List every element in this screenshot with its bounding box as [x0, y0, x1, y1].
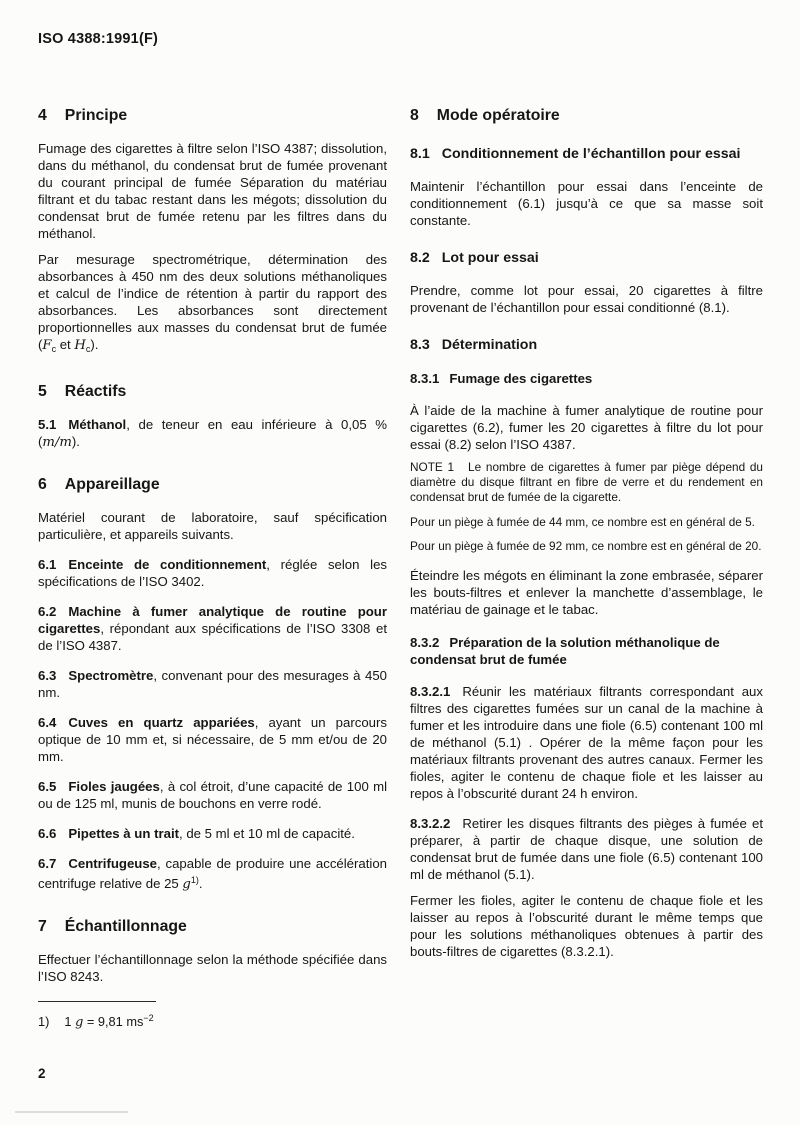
- clause-lead: 6.1Enceinte de conditionnement: [38, 557, 266, 572]
- symbol-Hc: H: [74, 338, 86, 353]
- clause-6-7: 6.7Centrifugeuse, capable de produire un…: [38, 855, 387, 893]
- section-8-heading: 8Mode opératoire: [410, 106, 763, 125]
- document-reference: ISO 4388:1991(F): [38, 31, 158, 47]
- section-6-heading: 6Appareillage: [38, 475, 387, 494]
- section-number: 7: [38, 917, 47, 936]
- paragraph: Par mesurage spectrométrique, déterminat…: [38, 251, 387, 358]
- symbol-g: g: [182, 877, 190, 892]
- right-column: 8Mode opératoire 8.1Conditionnement de l…: [410, 106, 763, 960]
- subsection-8-3-2-heading: 8.3.2Préparation de la solution méthanol…: [410, 634, 763, 668]
- subsection-title: Conditionnement de l’échantillon pour es…: [442, 146, 741, 162]
- text-run: et: [56, 337, 74, 352]
- note-1: NOTE 1Le nombre de cigarettes à fumer pa…: [410, 460, 763, 506]
- subsection-number: 8.1: [410, 145, 430, 163]
- clause-6-6: 6.6Pipettes à un trait, de 5 ml et 10 ml…: [38, 825, 387, 842]
- section-title: Appareillage: [65, 476, 160, 493]
- subsection-title: Lot pour essai: [442, 250, 539, 266]
- paragraph: Prendre, comme lot pour essai, 20 cigare…: [410, 282, 763, 316]
- text-run: 1: [64, 1014, 75, 1029]
- text-run: ).: [90, 337, 98, 352]
- footnote-rule: [38, 1001, 156, 1002]
- clause-number: 8.3.2.2: [410, 816, 450, 831]
- clause-8-3-2-2: 8.3.2.2Retirer les disques filtrants des…: [410, 815, 763, 883]
- subsection-title: Détermination: [442, 337, 537, 353]
- paragraph: À l’aide de la machine à fumer analytiqu…: [410, 402, 763, 453]
- section-title: Échantillonnage: [65, 918, 187, 935]
- clause-6-2: 6.2Machine à fumer analytique de routine…: [38, 603, 387, 654]
- footnote-text: 1)1 g = 9,81 ms−2: [38, 1010, 387, 1031]
- clause-lead: 6.3Spectromètre: [38, 668, 153, 683]
- section-5-heading: 5Réactifs: [38, 382, 387, 401]
- paragraph: Effectuer l’échantillonnage selon la mét…: [38, 951, 387, 985]
- clause-number: 6.5: [38, 779, 56, 794]
- section-title: Principe: [65, 107, 127, 124]
- clause-number: 8.3.2.1: [410, 684, 450, 699]
- clause-number: 6.1: [38, 557, 56, 572]
- clause-number: 6.4: [38, 715, 56, 730]
- clause-name: Enceinte de conditionnement: [68, 557, 266, 572]
- clause-name: Méthanol: [68, 417, 126, 432]
- subsection-title: Préparation de la solution méthanolique …: [410, 635, 720, 667]
- text-run: ).: [72, 434, 80, 449]
- clause-6-5: 6.5Fioles jaugées, à col étroit, d’une c…: [38, 778, 387, 812]
- text-run: Retirer les disques filtrants des pièges…: [410, 816, 763, 882]
- scan-artifact-line: [15, 1111, 128, 1113]
- footnote-marker: 1): [38, 1014, 49, 1029]
- clause-lead: 6.5Fioles jaugées: [38, 779, 160, 794]
- clause-name: Spectromètre: [68, 668, 153, 683]
- clause-number: 5.1: [38, 417, 56, 432]
- note-paragraph: Pour un piège à fumée de 92 mm, ce nombr…: [410, 539, 763, 554]
- section-7-heading: 7Échantillonnage: [38, 917, 387, 936]
- text-run: = 9,81 ms: [83, 1014, 143, 1029]
- clause-lead: 5.1Méthanol: [38, 417, 126, 432]
- footnote: 1)1 g = 9,81 ms−2: [38, 1001, 387, 1031]
- symbol-mm: m/m: [42, 435, 71, 450]
- section-number: 8: [410, 106, 419, 125]
- page-number: 2: [38, 1066, 46, 1081]
- subsection-8-3-heading: 8.3Détermination: [410, 336, 763, 354]
- section-number: 6: [38, 475, 47, 494]
- clause-6-4: 6.4Cuves en quartz appariées, ayant un p…: [38, 714, 387, 765]
- paragraph: Maintenir l’échantillon pour essai dans …: [410, 178, 763, 229]
- note-label: NOTE 1: [410, 460, 454, 474]
- section-number: 5: [38, 382, 47, 401]
- clause-number: 6.3: [38, 668, 56, 683]
- subsection-8-2-heading: 8.2Lot pour essai: [410, 249, 763, 267]
- left-column: 4Principe Fumage des cigarettes à filtre…: [38, 106, 387, 985]
- clause-number: 6.2: [38, 604, 56, 619]
- paragraph: Éteindre les mégots en éliminant la zone…: [410, 567, 763, 618]
- note-text: Le nombre de cigarettes à fumer par pièg…: [410, 460, 763, 504]
- clause-5-1: 5.1Méthanol, de teneur en eau inférieure…: [38, 416, 387, 451]
- subsection-8-1-heading: 8.1Conditionnement de l’échantillon pour…: [410, 145, 763, 163]
- clause-name: Fioles jaugées: [68, 779, 160, 794]
- paragraph: Fermer les fioles, agiter le contenu de …: [410, 892, 763, 960]
- clause-lead: 8.3.2.2: [410, 816, 462, 831]
- subsection-number: 8.3.2: [410, 634, 439, 651]
- section-4-heading: 4Principe: [38, 106, 387, 125]
- subsection-title: Fumage des cigarettes: [449, 371, 592, 386]
- text-run: Réunir les matériaux filtrants correspon…: [410, 684, 763, 801]
- subsection-number: 8.3: [410, 336, 430, 354]
- clause-number: 6.7: [38, 856, 56, 871]
- subsection-number: 8.2: [410, 249, 430, 267]
- section-title: Mode opératoire: [437, 107, 560, 124]
- paragraph: Fumage des cigarettes à filtre selon l’I…: [38, 140, 387, 242]
- text-run: .: [199, 876, 203, 891]
- clause-lead: 6.4Cuves en quartz appariées: [38, 715, 255, 730]
- footnote-reference: 1): [191, 875, 199, 885]
- symbol-Fc: F: [42, 338, 51, 353]
- clause-number: 6.6: [38, 826, 56, 841]
- subsection-number: 8.3.1: [410, 370, 439, 387]
- clause-name: Cuves en quartz appariées: [68, 715, 254, 730]
- clause-6-1: 6.1Enceinte de conditionnement, réglée s…: [38, 556, 387, 590]
- clause-lead: 6.7Centrifugeuse: [38, 856, 157, 871]
- clause-name: Pipettes à un trait: [68, 826, 179, 841]
- subsection-8-3-1-heading: 8.3.1Fumage des cigarettes: [410, 370, 763, 387]
- section-title: Réactifs: [65, 383, 126, 400]
- clause-8-3-2-1: 8.3.2.1Réunir les matériaux filtrants co…: [410, 683, 763, 802]
- section-number: 4: [38, 106, 47, 125]
- note-paragraph: Pour un piège à fumée de 44 mm, ce nombr…: [410, 515, 763, 530]
- clause-lead: 6.6Pipettes à un trait: [38, 826, 179, 841]
- text-run: , de 5 ml et 10 ml de capacité.: [179, 826, 355, 841]
- clause-name: Centrifugeuse: [68, 856, 157, 871]
- superscript: −2: [143, 1013, 153, 1023]
- document-page: ISO 4388:1991(F) 4Principe Fumage des ci…: [0, 0, 800, 1125]
- clause-6-3: 6.3Spectromètre, convenant pour des mesu…: [38, 667, 387, 701]
- paragraph: Matériel courant de laboratoire, sauf sp…: [38, 509, 387, 543]
- clause-lead: 8.3.2.1: [410, 684, 462, 699]
